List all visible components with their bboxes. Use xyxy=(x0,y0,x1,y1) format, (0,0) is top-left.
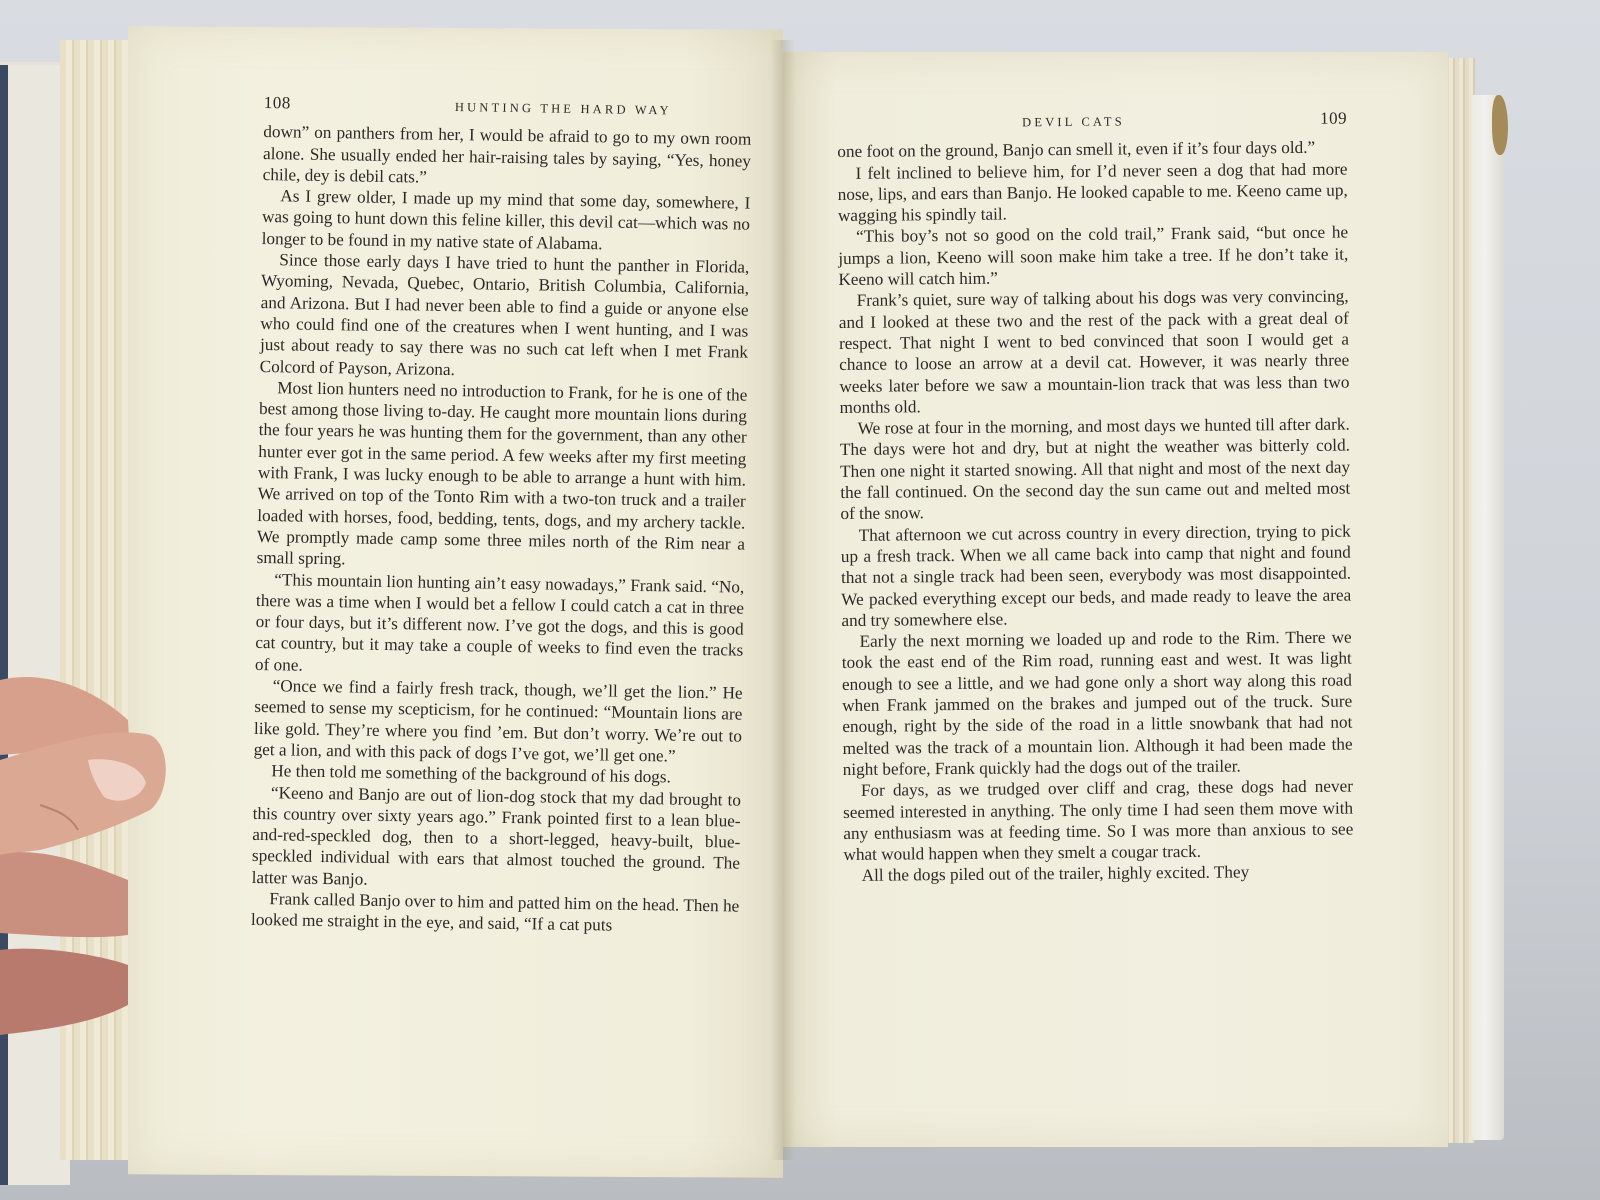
paragraph: “This boy’s not so good on the cold trai… xyxy=(838,222,1349,290)
paragraph: I felt inclined to believe him, for I’d … xyxy=(837,158,1348,226)
book-cover-right xyxy=(1472,95,1504,1140)
chapter-title-header: DEVIL CATS xyxy=(1022,111,1125,133)
torn-cover-corner xyxy=(1492,95,1508,155)
photo-scene: 108 HUNTING THE HARD WAY down” on panthe… xyxy=(0,0,1600,1200)
right-page-text: DEVIL CATS 109 one foot on the ground, B… xyxy=(837,108,1354,887)
paragraph: down” on panthers from her, I would be a… xyxy=(263,121,752,193)
paragraph: Frank called Banjo over to him and patte… xyxy=(251,888,740,938)
paragraph: As I grew older, I made up my mind that … xyxy=(262,185,751,257)
page-number: 108 xyxy=(264,92,291,114)
paragraph: Frank’s quiet, sure way of talking about… xyxy=(839,286,1350,418)
paragraph: We rose at four in the morning, and most… xyxy=(840,414,1351,525)
paragraph: For days, as we trudged over cliff and c… xyxy=(843,776,1354,866)
paragraph: “This mountain lion hunting ain’t easy n… xyxy=(255,568,745,682)
left-page-text: 108 HUNTING THE HARD WAY down” on panthe… xyxy=(251,92,752,938)
paragraph: Early the next morning we loaded up and … xyxy=(842,627,1353,781)
right-running-head: DEVIL CATS 109 xyxy=(837,108,1347,136)
page-number: 109 xyxy=(1320,108,1347,130)
paragraph: “Keeno and Banjo are out of lion-dog sto… xyxy=(251,781,741,895)
paragraph: All the dogs piled out of the trailer, h… xyxy=(844,861,1354,887)
paragraph: Since those early days I have tried to h… xyxy=(260,249,750,384)
hand-holding-book xyxy=(0,665,170,1045)
book-title-header: HUNTING THE HARD WAY xyxy=(455,97,672,122)
paragraph: Most lion hunters need no introduction t… xyxy=(257,377,748,576)
paragraph: That afternoon we cut across country in … xyxy=(841,520,1352,631)
page-edges-right xyxy=(1445,58,1475,1143)
book-gutter xyxy=(770,40,796,1160)
paragraph: “Once we find a fairly fresh track, thou… xyxy=(254,675,743,768)
